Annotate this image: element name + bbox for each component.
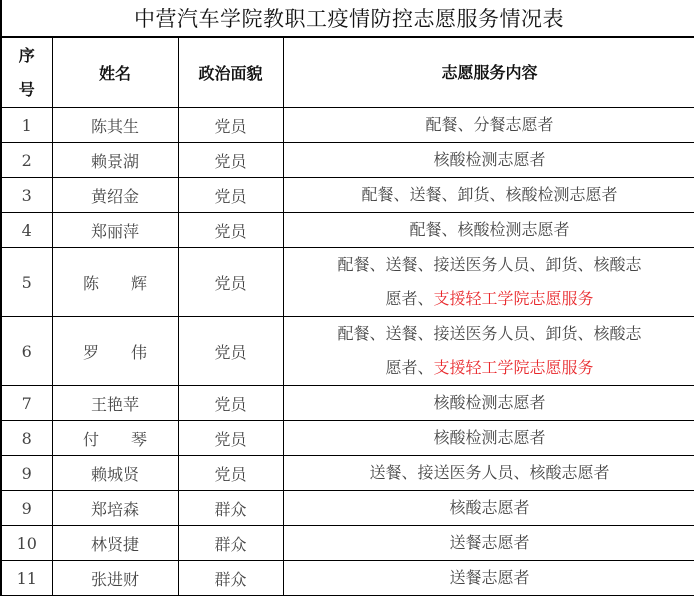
cell-political: 党员 [178, 143, 283, 178]
service-highlight: 支援轻工学院志愿服务 [434, 358, 594, 377]
cell-seq: 10 [1, 526, 52, 561]
cell-political: 群众 [178, 491, 283, 526]
header-service: 志愿服务内容 [283, 38, 694, 108]
header-political: 政治面貌 [178, 38, 283, 108]
cell-name: 陈其生 [52, 108, 178, 143]
service-text: 核酸检测志愿者 [284, 421, 694, 455]
cell-political: 党员 [178, 317, 283, 386]
cell-seq: 11 [1, 561, 52, 596]
service-text: 配餐、分餐志愿者 [284, 108, 694, 142]
cell-seq: 6 [1, 317, 52, 386]
service-line2: 愿者、 [385, 289, 433, 308]
service-text: 配餐、核酸检测志愿者 [284, 213, 694, 247]
table-row: 1 陈其生 党员 配餐、分餐志愿者 [1, 108, 694, 143]
cell-service: 核酸志愿者 [283, 491, 694, 526]
table-row: 10 林贤捷 群众 送餐志愿者 [1, 526, 694, 561]
header-service-label: 志愿服务内容 [284, 56, 694, 90]
cell-service: 送餐志愿者 [283, 526, 694, 561]
cell-seq: 1 [1, 108, 52, 143]
service-text: 送餐志愿者 [284, 526, 694, 560]
table-row: 11 张进财 群众 送餐志愿者 [1, 561, 694, 596]
cell-name: 赖城贤 [52, 456, 178, 491]
table-row: 3 黄绍金 党员 配餐、送餐、卸货、核酸检测志愿者 [1, 178, 694, 213]
cell-name: 郑丽萍 [52, 213, 178, 248]
cell-service: 配餐、核酸检测志愿者 [283, 213, 694, 248]
cell-seq: 2 [1, 143, 52, 178]
cell-service: 送餐志愿者 [283, 561, 694, 596]
cell-seq: 3 [1, 178, 52, 213]
cell-name: 林贤捷 [52, 526, 178, 561]
volunteer-table: 序号 姓名 政治面貌 志愿服务内容 1 陈其生 党员 配餐、分餐志愿者 2 赖景… [0, 37, 694, 596]
header-seq-line1: 序 [19, 46, 35, 65]
table-title-bar: 中营汽车学院教职工疫情防控志愿服务情况表 [0, 0, 694, 38]
cell-name: 张进财 [52, 561, 178, 596]
table-row: 5 陈 辉 党员 配餐、送餐、接送医务人员、卸货、核酸志 愿者、支援轻工学院志愿… [1, 248, 694, 317]
cell-name: 付 琴 [52, 421, 178, 456]
service-text: 核酸志愿者 [284, 491, 694, 525]
table-row: 4 郑丽萍 党员 配餐、核酸检测志愿者 [1, 213, 694, 248]
service-text: 配餐、送餐、卸货、核酸检测志愿者 [284, 178, 694, 212]
cell-service: 送餐、接送医务人员、核酸志愿者 [283, 456, 694, 491]
cell-political: 党员 [178, 178, 283, 213]
cell-name: 罗 伟 [52, 317, 178, 386]
cell-seq: 8 [1, 421, 52, 456]
service-text: 送餐、接送医务人员、核酸志愿者 [284, 456, 694, 490]
cell-name: 黄绍金 [52, 178, 178, 213]
cell-service: 配餐、送餐、卸货、核酸检测志愿者 [283, 178, 694, 213]
table-row: 2 赖景湖 党员 核酸检测志愿者 [1, 143, 694, 178]
cell-political: 党员 [178, 108, 283, 143]
cell-seq: 9 [1, 491, 52, 526]
cell-political: 党员 [178, 456, 283, 491]
cell-seq: 9 [1, 456, 52, 491]
table-row: 9 赖城贤 党员 送餐、接送医务人员、核酸志愿者 [1, 456, 694, 491]
cell-seq: 7 [1, 386, 52, 421]
cell-name: 陈 辉 [52, 248, 178, 317]
service-text: 送餐志愿者 [284, 561, 694, 595]
cell-service: 核酸检测志愿者 [283, 421, 694, 456]
cell-seq: 5 [1, 248, 52, 317]
cell-political: 群众 [178, 561, 283, 596]
service-text: 核酸检测志愿者 [284, 386, 694, 420]
cell-political: 群众 [178, 526, 283, 561]
service-text: 配餐、送餐、接送医务人员、卸货、核酸志 愿者、支援轻工学院志愿服务 [284, 248, 694, 316]
table-row: 9 郑培森 群众 核酸志愿者 [1, 491, 694, 526]
header-seq: 序号 [1, 38, 52, 108]
service-line1: 配餐、送餐、接送医务人员、卸货、核酸志 [337, 255, 641, 274]
cell-service: 配餐、分餐志愿者 [283, 108, 694, 143]
cell-service: 配餐、送餐、接送医务人员、卸货、核酸志 愿者、支援轻工学院志愿服务 [283, 317, 694, 386]
cell-name: 郑培森 [52, 491, 178, 526]
cell-name: 王艳苹 [52, 386, 178, 421]
header-row: 序号 姓名 政治面貌 志愿服务内容 [1, 38, 694, 108]
cell-political: 党员 [178, 386, 283, 421]
service-text: 核酸检测志愿者 [284, 143, 694, 177]
header-name: 姓名 [52, 38, 178, 108]
cell-service: 核酸检测志愿者 [283, 143, 694, 178]
cell-service: 配餐、送餐、接送医务人员、卸货、核酸志 愿者、支援轻工学院志愿服务 [283, 248, 694, 317]
service-highlight: 支援轻工学院志愿服务 [434, 289, 594, 308]
cell-political: 党员 [178, 213, 283, 248]
cell-name: 赖景湖 [52, 143, 178, 178]
cell-political: 党员 [178, 248, 283, 317]
service-text: 配餐、送餐、接送医务人员、卸货、核酸志 愿者、支援轻工学院志愿服务 [284, 317, 694, 385]
cell-political: 党员 [178, 421, 283, 456]
cell-seq: 4 [1, 213, 52, 248]
table-row: 7 王艳苹 党员 核酸检测志愿者 [1, 386, 694, 421]
table-row: 6 罗 伟 党员 配餐、送餐、接送医务人员、卸货、核酸志 愿者、支援轻工学院志愿… [1, 317, 694, 386]
header-seq-line2: 号 [19, 80, 35, 99]
table-row: 8 付 琴 党员 核酸检测志愿者 [1, 421, 694, 456]
service-line1: 配餐、送餐、接送医务人员、卸货、核酸志 [337, 324, 641, 343]
page-title: 中营汽车学院教职工疫情防控志愿服务情况表 [2, 3, 694, 33]
cell-service: 核酸检测志愿者 [283, 386, 694, 421]
service-line2: 愿者、 [385, 358, 433, 377]
